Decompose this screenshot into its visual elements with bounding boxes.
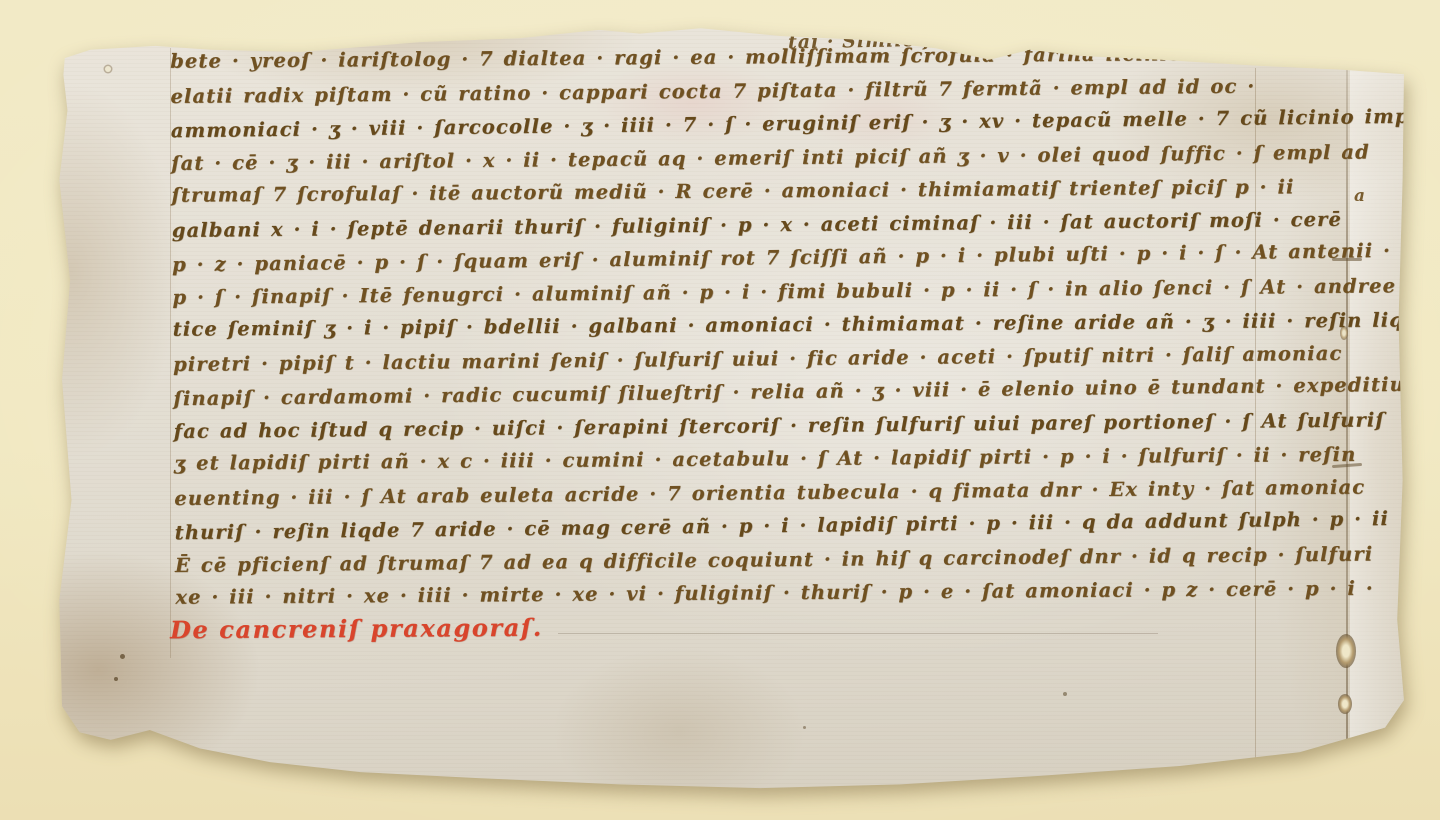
- parchment-wrapper: tai · Simile fit bete · yreoſ · iariſtol…: [58, 26, 1408, 792]
- rubric-title: De cancreniſ praxagoraſ.: [170, 613, 543, 645]
- wormhole: [1063, 692, 1067, 696]
- wormhole: [803, 726, 806, 729]
- sewing-hole: [1336, 634, 1356, 668]
- manuscript-text-block: bete · yreoſ · iariſtolog · 7 dialtea · …: [170, 35, 1365, 616]
- margin-letter: a: [1354, 186, 1365, 206]
- baseline-ruling-line: [558, 633, 1158, 634]
- wormhole: [114, 677, 118, 681]
- parchment-leaf: tai · Simile fit bete · yreoſ · iariſtol…: [58, 26, 1408, 792]
- wormhole: [120, 654, 125, 659]
- wormhole: [105, 66, 111, 72]
- sewing-hole: [1338, 694, 1352, 714]
